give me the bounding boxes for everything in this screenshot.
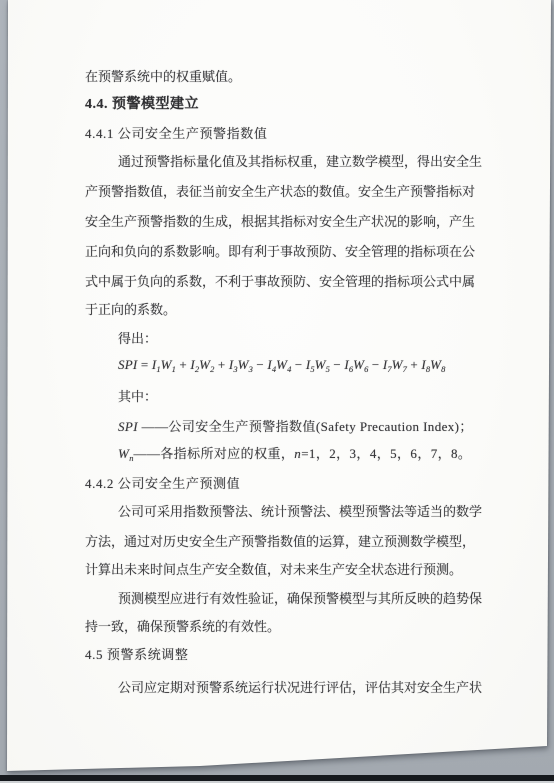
para-adjust-line-1: 公司应定期对预警系统运行状况进行评估，评估其对安全生产状 bbox=[118, 680, 482, 695]
para-forecast-line-2: 方法，通过对历史安全生产预警指数值的运算，建立预测数学模型， bbox=[85, 534, 475, 549]
scan-background: 在预警系统中的权重赋值。4.4. 预警模型建立4.4.1 公司安全生产预警指数值… bbox=[0, 0, 554, 783]
para-index-line-1: 通过预警指标量化值及其指标权重，建立数学模型，得出安全生 bbox=[118, 154, 482, 169]
label-where: 其中： bbox=[118, 389, 157, 404]
paper-shadow: 在预警系统中的权重赋值。4.4. 预警模型建立4.4.1 公司安全生产预警指数值… bbox=[0, 0, 554, 783]
para-index-line-4: 正向和负向的系数影响。即有利于事故预防、安全管理的指标项在公 bbox=[85, 244, 475, 259]
para-forecast-line-1: 公司可采用指数预警法、统计预警法、模型预警法等适当的数学 bbox=[118, 504, 482, 519]
para-index-line-3: 安全生产预警指数的生成，根据其指标对安全生产状况的影响，产生 bbox=[85, 214, 475, 229]
para-index-line-2: 产预警指数值，表征当前安全生产状态的数值。安全生产预警指标对 bbox=[85, 184, 475, 199]
label-derive: 得出： bbox=[118, 331, 157, 346]
scanned-page: 在预警系统中的权重赋值。4.4. 预警模型建立4.4.1 公司安全生产预警指数值… bbox=[0, 0, 554, 783]
heading-4-4-2: 4.4.2 公司安全生产预测值 bbox=[85, 476, 240, 491]
document-text: 在预警系统中的权重赋值。4.4. 预警模型建立4.4.1 公司安全生产预警指数值… bbox=[0, 0, 554, 783]
para-index-line-5: 式中属于负向的系数，不利于事故预防、安全管理的指标项公式中属 bbox=[85, 274, 475, 289]
def-spi: SPI ——公司安全生产预警指数值(Safety Precaution Inde… bbox=[118, 419, 473, 434]
heading-4-4: 4.4. 预警模型建立 bbox=[85, 97, 199, 112]
def-weight: Wn——各指标所对应的权重，n=1，2，3，4，5，6，7，8。 bbox=[118, 446, 471, 461]
heading-4-4-1: 4.4.1 公司安全生产预警指数值 bbox=[85, 126, 267, 141]
para-validate-line-2: 持一致，确保预警系统的有效性。 bbox=[85, 619, 280, 634]
spi-formula: SPI = I1W1 + I2W2 + I3W3 − I4W4 − I5W5 −… bbox=[118, 357, 445, 372]
para-weight-assignment-end: 在预警系统中的权重赋值。 bbox=[85, 69, 241, 84]
para-validate-line-1: 预测模型应进行有效性验证，确保预警模型与其所反映的趋势保 bbox=[118, 591, 482, 606]
heading-4-5: 4.5 预警系统调整 bbox=[85, 647, 189, 662]
para-forecast-line-3: 计算出未来时间点生产安全数值，对未来生产安全状态进行预测。 bbox=[85, 562, 462, 577]
para-index-line-6: 于正向的系数。 bbox=[85, 302, 176, 317]
